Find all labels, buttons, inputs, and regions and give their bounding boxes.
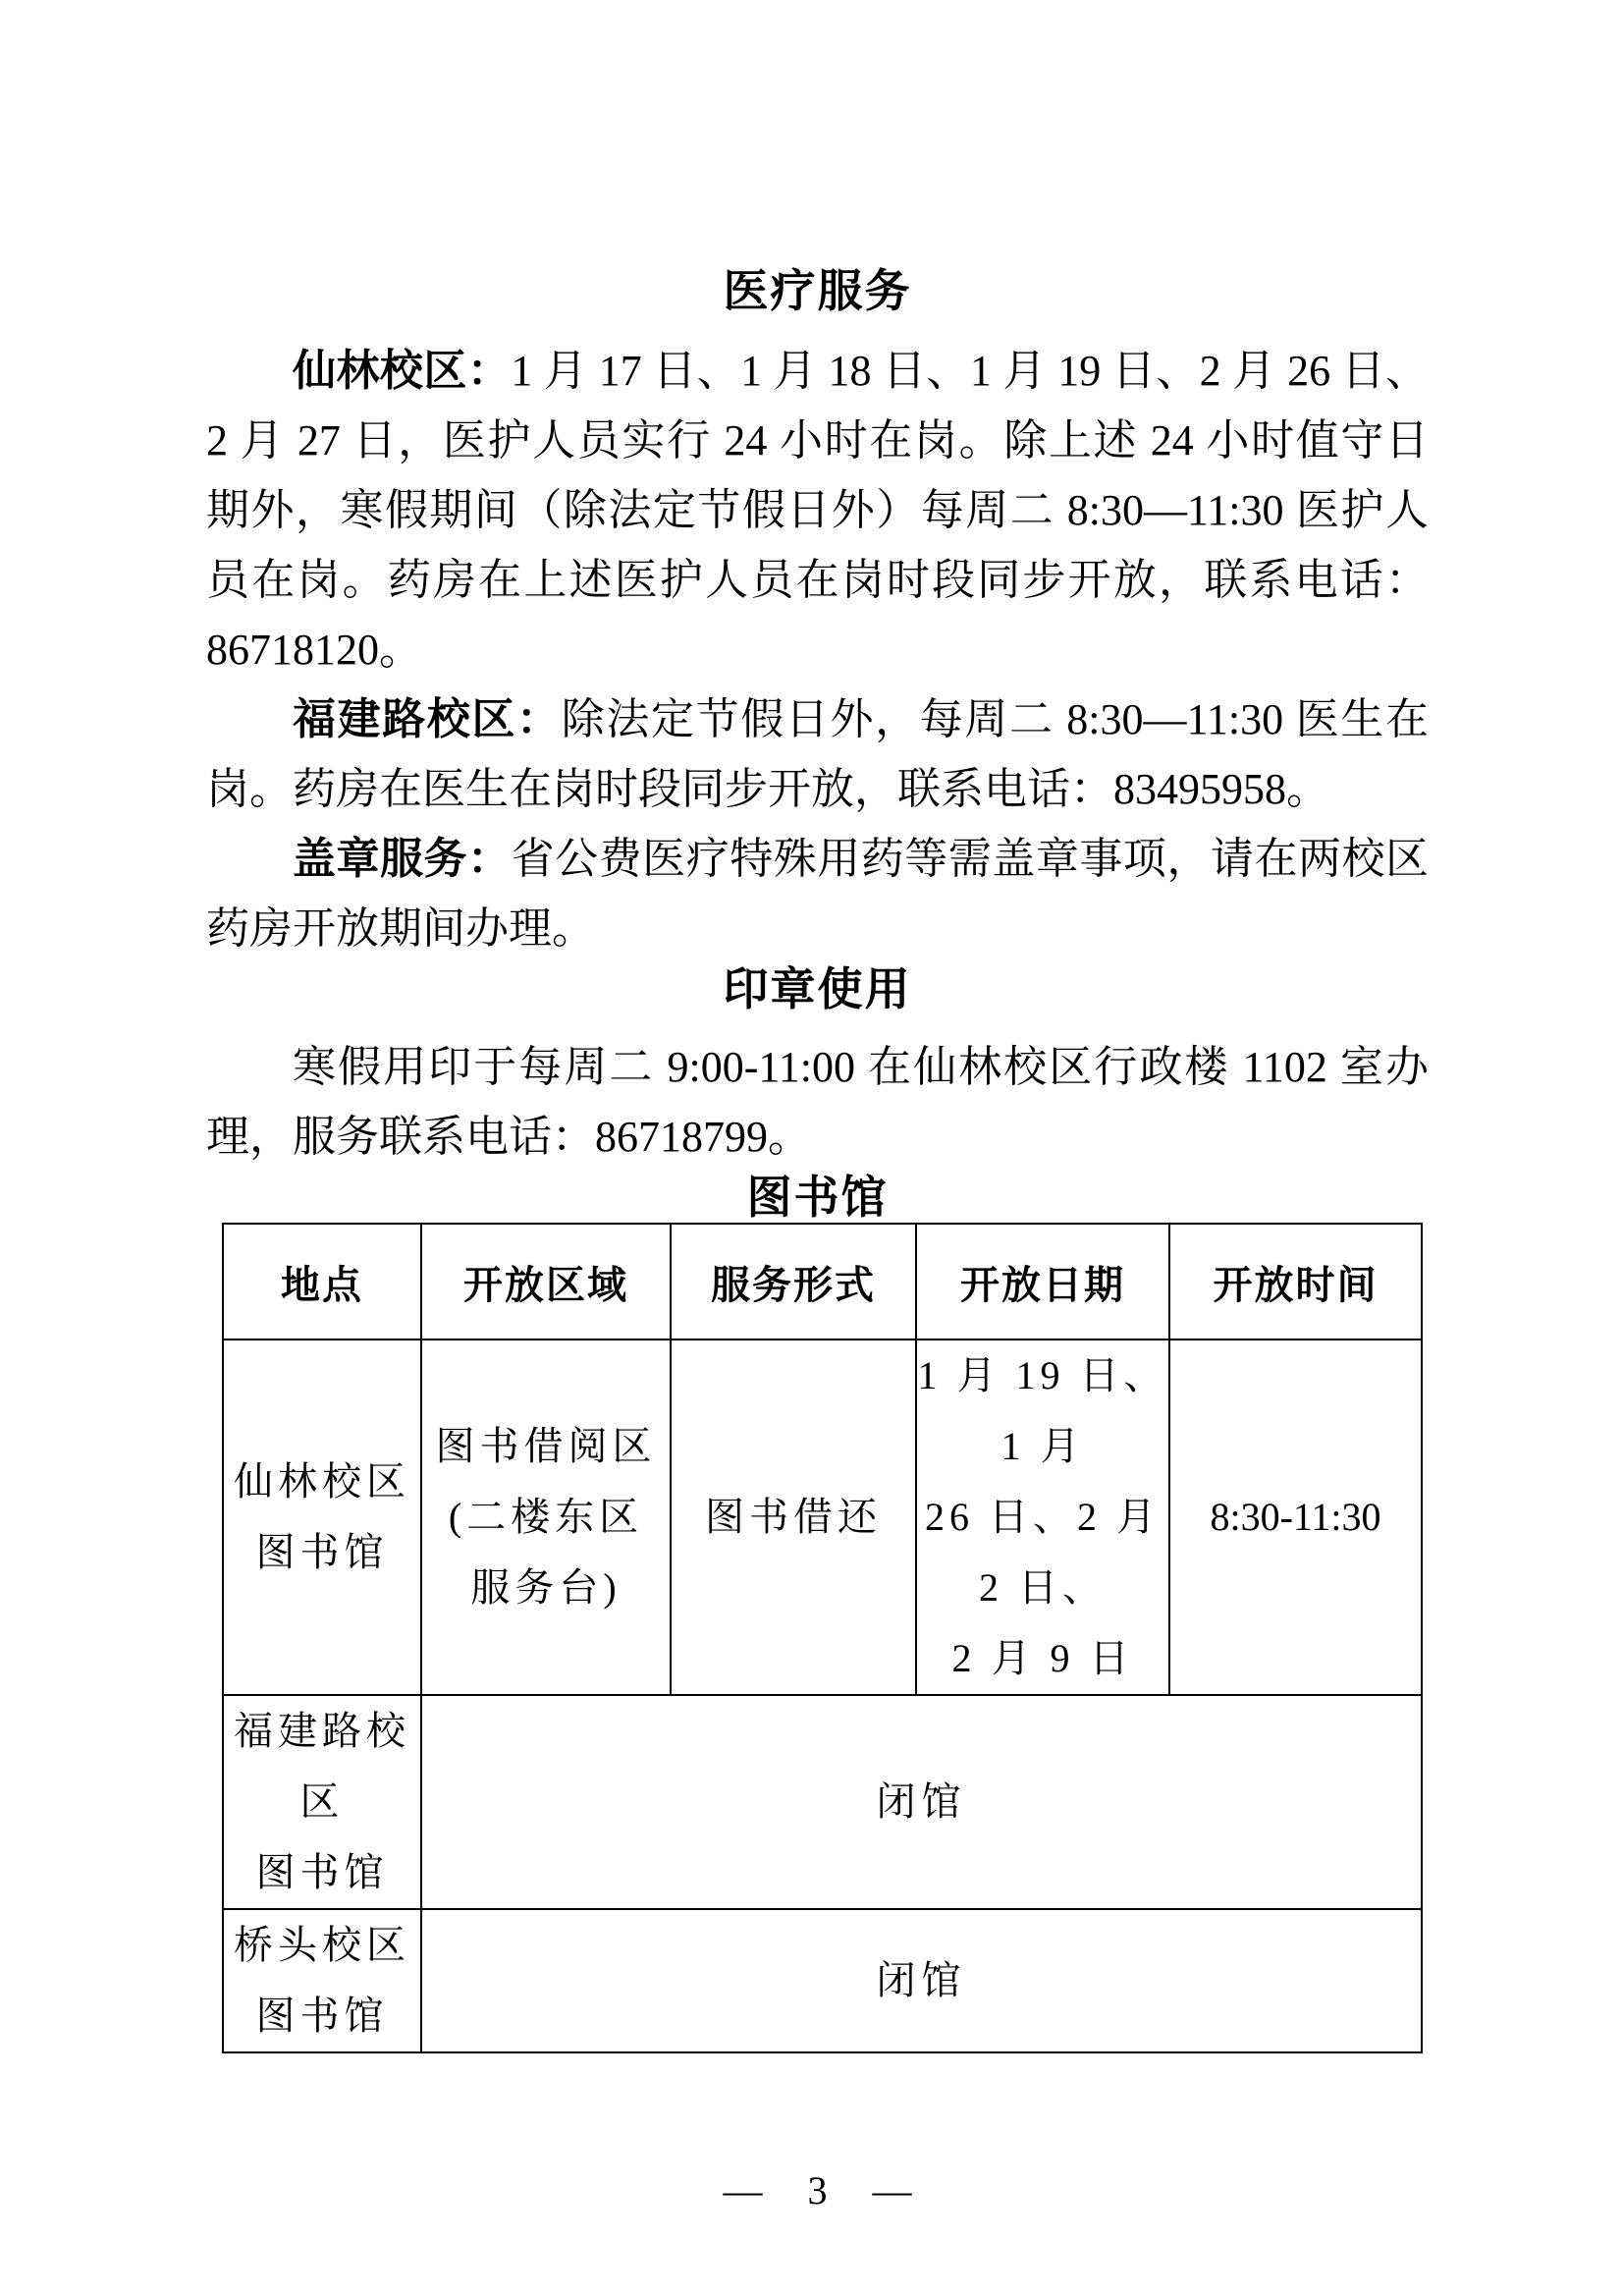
cell-line: 图书馆 — [224, 1981, 420, 2051]
text-line: 福建路校区：除法定节假日外，每周二 8:30—11:30 医生在 — [206, 684, 1429, 754]
text-line: 期外，寒假期间（除法定节假日外）每周二 8:30—11:30 医护人 — [206, 475, 1429, 545]
library-table-header: 地点 开放区域 服务形式 开放日期 开放时间 — [223, 1224, 1422, 1339]
footer-dash-right: — — [873, 2167, 912, 2214]
cell-line: 图书馆 — [224, 1837, 420, 1908]
table-header-row: 地点 开放区域 服务形式 开放日期 开放时间 — [223, 1224, 1422, 1339]
section-heading-medical: 医疗服务 — [206, 265, 1429, 316]
cell-line: 图书馆 — [224, 1517, 420, 1588]
cell-open-dates: 1 月 19 日、1 月 26 日、2 月 2 日、 2 月 9 日 — [916, 1339, 1169, 1695]
cell-line: 服务台) — [422, 1553, 670, 1623]
cell-service-type: 图书借还 — [671, 1339, 916, 1695]
document-page: 医疗服务 仙林校区：1 月 17 日、1 月 18 日、1 月 19 日、2 月… — [0, 0, 1622, 2296]
run-in-label-xianlin: 仙林校区： — [293, 347, 511, 395]
table-row: 仙林校区 图书馆 图书借阅区 (二楼东区 服务台) 图书借还 1 月 19 日、… — [223, 1339, 1422, 1695]
cell-line: 闭馆 — [422, 1767, 1421, 1837]
section-heading-library: 图书馆 — [206, 1172, 1429, 1223]
cell-line: 福建路校区 — [224, 1696, 420, 1837]
cell-line: 8:30-11:30 — [1170, 1482, 1421, 1553]
cell-open-area: 图书借阅区 (二楼东区 服务台) — [421, 1339, 671, 1695]
cell-location-fujianlu: 福建路校区 图书馆 — [223, 1695, 421, 1909]
column-header-open-hours: 开放时间 — [1169, 1224, 1422, 1339]
footer-dash-left: — — [724, 2167, 763, 2214]
cell-line: 26 日、2 月 2 日、 — [917, 1482, 1168, 1623]
seal-section: 寒假用印于每周二 9:00-11:00 在仙林校区行政楼 1102 室办 理，服… — [206, 1032, 1429, 1172]
library-table: 地点 开放区域 服务形式 开放日期 开放时间 仙林校区 图书馆 图书借阅区 (二… — [222, 1223, 1423, 2053]
cell-location-xianlin: 仙林校区 图书馆 — [223, 1339, 421, 1695]
cell-status-closed: 闭馆 — [421, 1695, 1422, 1909]
text-line-content: 除法定节假日外，每周二 8:30—11:30 医生在 — [562, 695, 1429, 743]
cell-line: 图书借阅区 — [422, 1411, 670, 1482]
page-number: 3 — [808, 2167, 828, 2214]
cell-status-closed: 闭馆 — [421, 1909, 1422, 2052]
text-line: 岗。药房在医生在岗时段同步开放，联系电话：83495958。 — [206, 754, 1429, 824]
text-line: 理，服务联系电话：86718799。 — [206, 1102, 1429, 1172]
page-footer: — 3 — — [206, 2167, 1429, 2214]
table-row: 桥头校区 图书馆 闭馆 — [223, 1909, 1422, 2052]
text-line: 员在岗。药房在上述医护人员在岗时段同步开放，联系电话： — [206, 545, 1429, 615]
run-in-label-fujianlu: 福建路校区： — [293, 695, 562, 743]
cell-line: 1 月 19 日、1 月 — [917, 1340, 1168, 1482]
cell-line: 图书借还 — [672, 1482, 915, 1553]
column-header-location: 地点 — [223, 1224, 421, 1339]
text-line: 寒假用印于每周二 9:00-11:00 在仙林校区行政楼 1102 室办 — [206, 1032, 1429, 1102]
column-header-service-type: 服务形式 — [671, 1224, 916, 1339]
column-header-open-dates: 开放日期 — [916, 1224, 1169, 1339]
table-row: 福建路校区 图书馆 闭馆 — [223, 1695, 1422, 1909]
cell-line: 仙林校区 — [224, 1447, 420, 1517]
text-line: 2 月 27 日，医护人员实行 24 小时在岗。除上述 24 小时值守日 — [206, 406, 1429, 475]
cell-line: (二楼东区 — [422, 1482, 670, 1553]
text-line: 86718120。 — [206, 615, 1429, 684]
text-line: 药房开放期间办理。 — [206, 894, 1429, 963]
text-line: 仙林校区：1 月 17 日、1 月 18 日、1 月 19 日、2 月 26 日… — [206, 336, 1429, 406]
cell-line: 桥头校区 — [224, 1910, 420, 1981]
column-header-open-area: 开放区域 — [421, 1224, 671, 1339]
cell-open-hours: 8:30-11:30 — [1169, 1339, 1422, 1695]
text-line-content: 省公费医疗特殊用药等需盖章事项，请在两校区 — [512, 835, 1429, 883]
section-heading-seal: 印章使用 — [206, 963, 1429, 1014]
cell-line: 闭馆 — [422, 1945, 1421, 2016]
text-line: 盖章服务：省公费医疗特殊用药等需盖章事项，请在两校区 — [206, 824, 1429, 894]
text-line-content: 1 月 17 日、1 月 18 日、1 月 19 日、2 月 26 日、 — [511, 347, 1429, 395]
cell-location-qiaotou: 桥头校区 图书馆 — [223, 1909, 421, 2052]
run-in-label-seal-service: 盖章服务： — [293, 835, 512, 883]
cell-line: 2 月 9 日 — [917, 1623, 1168, 1694]
medical-section: 仙林校区：1 月 17 日、1 月 18 日、1 月 19 日、2 月 26 日… — [206, 336, 1429, 963]
